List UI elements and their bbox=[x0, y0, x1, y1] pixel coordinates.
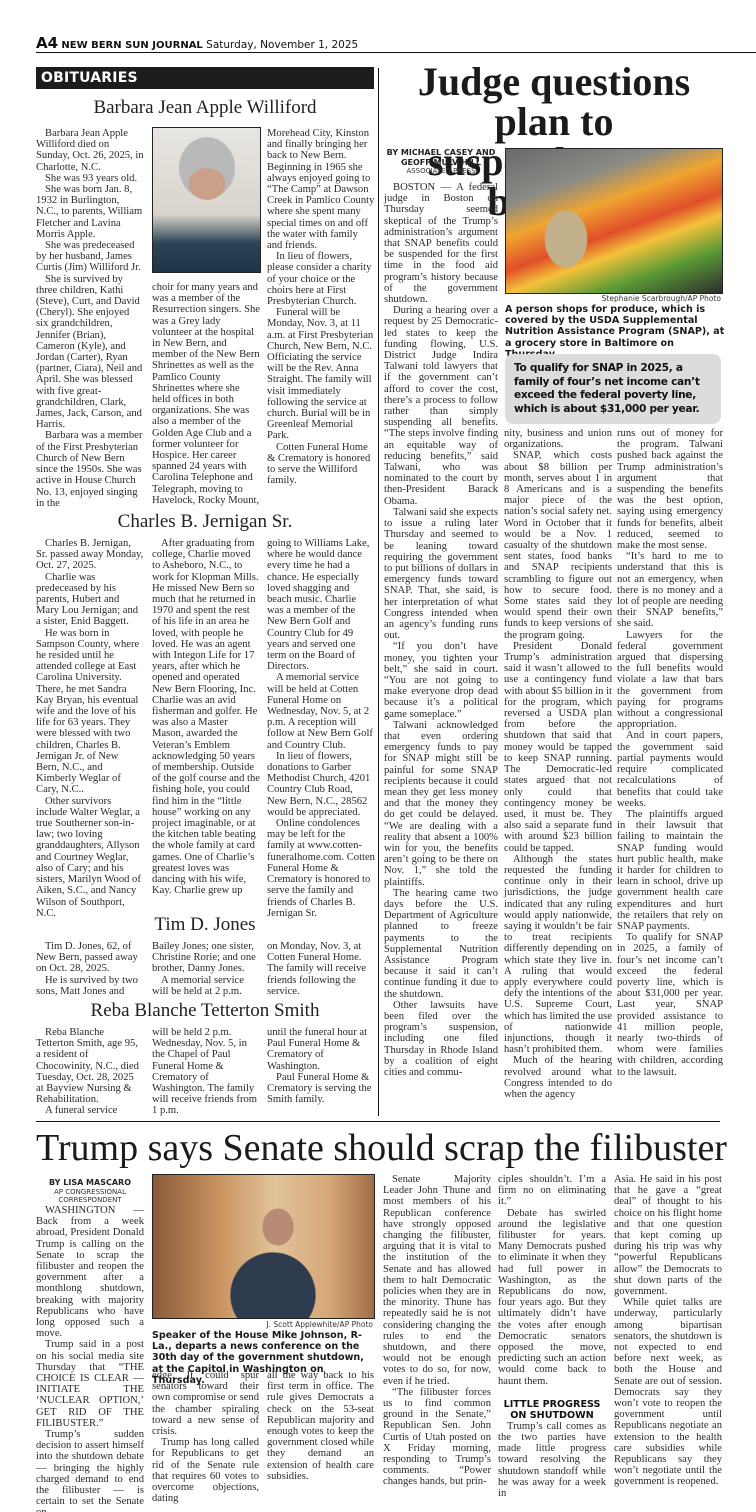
paragraph: choir for many years and was a member of… bbox=[152, 282, 260, 506]
photo-credit: Stephanie Scarbrough/AP Photo bbox=[505, 294, 721, 303]
paragraph: Morehead City, Kinston and finally bring… bbox=[267, 128, 375, 251]
paragraph: Much of the hearing revolved around what… bbox=[504, 1055, 612, 1100]
obituary-column: Barbara Jean Apple Williford died on Sun… bbox=[36, 128, 144, 509]
paragraph: Online condolences may be left for the f… bbox=[267, 818, 375, 919]
obituary-name: Reba Blanche Tetterton Smith bbox=[36, 1000, 374, 1022]
paragraph: Senate Majority Leader John Thune and mo… bbox=[383, 1174, 491, 1387]
paragraph: ciples shouldn’t. I’m a firm no on elimi… bbox=[498, 1174, 606, 1208]
paragraph: Barbara was a member of the First Presby… bbox=[36, 430, 144, 508]
section-divider bbox=[36, 1121, 720, 1122]
paragraph: During a hearing over a request by 25 De… bbox=[384, 305, 498, 507]
paragraph: “It’s hard to me to understand that this… bbox=[617, 551, 723, 629]
paragraph: Charles B. Jernigan, Sr. passed away Mon… bbox=[36, 538, 144, 572]
paragraph: Talwani acknowledged that even ordering … bbox=[384, 720, 498, 888]
obituary-name: Tim D. Jones bbox=[36, 914, 374, 936]
paragraph: Other lawsuits have been filed over the … bbox=[384, 1000, 498, 1078]
paragraph: To qualify for SNAP in 2025, a family of… bbox=[617, 932, 723, 1078]
agency-credit: ASSOCIATED PRESS bbox=[384, 167, 498, 175]
byline: BY MICHAEL CASEY AND bbox=[384, 148, 498, 158]
obituary-column: until the funeral hour at Paul Funeral H… bbox=[267, 1027, 375, 1105]
page-folio: A4 NEW BERN SUN JOURNAL Saturday, Novemb… bbox=[36, 34, 358, 52]
paragraph: The hearing came two days before the U.S… bbox=[384, 888, 498, 1000]
obituary-column: on Monday, Nov. 3, at Cotten Funeral Hom… bbox=[267, 941, 375, 997]
agency-credit: AP CONGRESSIONAL bbox=[36, 1188, 144, 1196]
obituary-column: Bailey Jones; one sister, Christine Rori… bbox=[152, 941, 260, 997]
paragraph: edge. It could spur senators toward thei… bbox=[152, 1370, 259, 1437]
paragraph: The plaintiffs argued in their lawsuit t… bbox=[617, 809, 723, 932]
paragraph: Trump has long called for Republicans to… bbox=[152, 1437, 259, 1504]
filibuster-column-1: WASHINGTON — Back from a week abroad, Pr… bbox=[36, 1205, 144, 1512]
byline: GEOFF MULVIHILL bbox=[384, 158, 498, 168]
paragraph: Paul Funeral Home & Crematory is serving… bbox=[267, 1072, 375, 1106]
paragraph: A funeral service bbox=[36, 1105, 144, 1116]
page-number: A4 bbox=[36, 34, 58, 52]
paragraph: She was predeceased by her husband, Jame… bbox=[36, 240, 144, 274]
issue-date: Saturday, November 1, 2025 bbox=[206, 39, 358, 51]
paragraph: He was born in Sampson County, where he … bbox=[36, 628, 144, 796]
paragraph: BOSTON — A federal judge in Boston on Th… bbox=[384, 182, 498, 305]
pullquote-text: To qualify for SNAP in 2025, a family of… bbox=[505, 354, 721, 424]
paragraph: Other survivors include Walter Weglar, a… bbox=[36, 796, 144, 919]
pullquote-box: To qualify for SNAP in 2025, a family of… bbox=[505, 354, 721, 424]
headline-line: Judge questions plan to bbox=[384, 62, 724, 142]
section-header-obituaries: OBITUARIES bbox=[36, 67, 374, 89]
paragraph: “If you don’t have money, you tighten yo… bbox=[384, 641, 498, 719]
obituary-column: Morehead City, Kinston and finally bring… bbox=[267, 128, 375, 487]
section-title: OBITUARIES bbox=[36, 70, 138, 86]
byline: BY LISA MASCARO bbox=[36, 1178, 144, 1188]
folio-divider bbox=[36, 52, 756, 53]
paragraph: She is survived by three children, Kathi… bbox=[36, 274, 144, 431]
filibuster-headline: Trump says Senate should scrap the filib… bbox=[36, 1128, 720, 1168]
paragraph: Reba Blanche Tetterton Smith, age 95, a … bbox=[36, 1027, 144, 1105]
paragraph: going to Williams Lake, where he would d… bbox=[267, 538, 375, 672]
paragraph: Trump’s sudden decision to assert himsel… bbox=[36, 1429, 144, 1512]
paragraph: Lawyers for the federal government argue… bbox=[617, 630, 723, 731]
paragraph: Bailey Jones; one sister, Christine Rori… bbox=[152, 941, 260, 975]
subhead: LITTLE PROGRESS bbox=[498, 1399, 606, 1410]
paragraph: Trump’s call comes as the two parties ha… bbox=[498, 1421, 606, 1499]
filibuster-column-5: ciples shouldn’t. I’m a firm no on elimi… bbox=[498, 1174, 606, 1499]
paragraph: Trump said in a post on his social media… bbox=[36, 1339, 144, 1429]
paragraph: all the way back to his first term in of… bbox=[267, 1370, 374, 1482]
obituary-name: Barbara Jean Apple Williford bbox=[36, 97, 374, 119]
paragraph: on Monday, Nov. 3, at Cotten Funeral Hom… bbox=[267, 941, 375, 997]
paragraph: He is survived by two sons, Matt Jones a… bbox=[36, 975, 144, 997]
paragraph: And in court papers, the government said… bbox=[617, 730, 723, 808]
obituary-column: Tim D. Jones, 62, of New Bern, passed aw… bbox=[36, 941, 144, 997]
snap-byline: BY MICHAEL CASEY AND GEOFF MULVIHILL ASS… bbox=[384, 148, 498, 175]
snap-column-3: runs out of money for the program. Talwa… bbox=[617, 428, 723, 1078]
paragraph: Asia. He said in his post that he gave a… bbox=[614, 1174, 722, 1297]
paragraph: After graduating from college, Charlie m… bbox=[152, 538, 260, 897]
photo-caption: A person shops for produce, which is cov… bbox=[505, 304, 725, 360]
newspaper-name: NEW BERN SUN JOURNAL bbox=[61, 40, 202, 51]
paragraph: SNAP, which costs about $8 billion per m… bbox=[504, 450, 612, 640]
obituary-column: will be held 2 p.m. Wednesday, Nov. 5, i… bbox=[152, 1027, 260, 1117]
paragraph: “The filibuster forces us to find common… bbox=[383, 1387, 491, 1488]
filibuster-column-4: Senate Majority Leader John Thune and mo… bbox=[383, 1174, 491, 1488]
obituary-portrait-photo bbox=[152, 127, 261, 273]
paragraph: She was 93 years old. bbox=[36, 173, 144, 184]
snap-column-2: nity, business and union organizations. … bbox=[504, 428, 612, 1100]
paragraph: In lieu of flowers, donations to Garber … bbox=[267, 751, 375, 818]
obituary-column: going to Williams Lake, where he would d… bbox=[267, 538, 375, 919]
paragraph: until the funeral hour at Paul Funeral H… bbox=[267, 1027, 375, 1072]
paragraph: WASHINGTON — Back from a week abroad, Pr… bbox=[36, 1205, 144, 1339]
speaker-johnson-photo bbox=[152, 1174, 375, 1319]
obituary-column: After graduating from college, Charlie m… bbox=[152, 538, 260, 897]
paragraph: Although the states requested the fundin… bbox=[504, 854, 612, 1056]
paragraph: nity, business and union organizations. bbox=[504, 428, 612, 450]
filibuster-byline: BY LISA MASCARO AP CONGRESSIONAL CORRESP… bbox=[36, 1178, 144, 1204]
obituary-column: Charles B. Jernigan, Sr. passed away Mon… bbox=[36, 538, 144, 919]
paragraph: will be held 2 p.m. Wednesday, Nov. 5, i… bbox=[152, 1027, 260, 1117]
paragraph: Debate has swirled around the legislativ… bbox=[498, 1208, 606, 1387]
paragraph: A memorial service will be held at 2 p.m… bbox=[152, 975, 260, 997]
paragraph: Funeral will be Monday, Nov. 3, at 11 a.… bbox=[267, 307, 375, 441]
obituary-column: Reba Blanche Tetterton Smith, age 95, a … bbox=[36, 1027, 144, 1117]
filibuster-column-2: edge. It could spur senators toward thei… bbox=[152, 1370, 259, 1504]
paragraph: Tim D. Jones, 62, of New Bern, passed aw… bbox=[36, 941, 144, 975]
obituary-column: choir for many years and was a member of… bbox=[152, 282, 260, 506]
paragraph: Talwani said she expects to issue a ruli… bbox=[384, 507, 498, 641]
paragraph: She was born Jan. 8, 1932 in Burlington,… bbox=[36, 184, 144, 240]
paragraph: President Donald Trump’s administration … bbox=[504, 641, 612, 854]
paragraph: While quiet talks are underway, particul… bbox=[614, 1297, 722, 1487]
paragraph: A memorial service will be held at Cotte… bbox=[267, 672, 375, 750]
paragraph: runs out of money for the program. Talwa… bbox=[617, 428, 723, 551]
paragraph: In lieu of flowers, please consider a ch… bbox=[267, 251, 375, 307]
photo-credit: J. Scott Applewhite/AP Photo bbox=[152, 1320, 373, 1329]
agency-credit: CORRESPONDENT bbox=[36, 1196, 144, 1204]
filibuster-column-6: Asia. He said in his post that he gave a… bbox=[614, 1174, 722, 1488]
paragraph: Cotten Funeral Home & Crematory is honor… bbox=[267, 442, 375, 487]
produce-shopper-photo bbox=[505, 148, 723, 294]
paragraph: Charlie was predeceased by his parents, … bbox=[36, 572, 144, 628]
snap-column-1: BOSTON — A federal judge in Boston on Th… bbox=[384, 182, 498, 1078]
paragraph: Barbara Jean Apple Williford died on Sun… bbox=[36, 128, 144, 173]
filibuster-column-3: all the way back to his first term in of… bbox=[267, 1370, 374, 1482]
subhead: ON SHUTDOWN bbox=[498, 1410, 606, 1421]
column-divider bbox=[378, 68, 379, 1116]
obituary-name: Charles B. Jernigan Sr. bbox=[36, 511, 374, 533]
